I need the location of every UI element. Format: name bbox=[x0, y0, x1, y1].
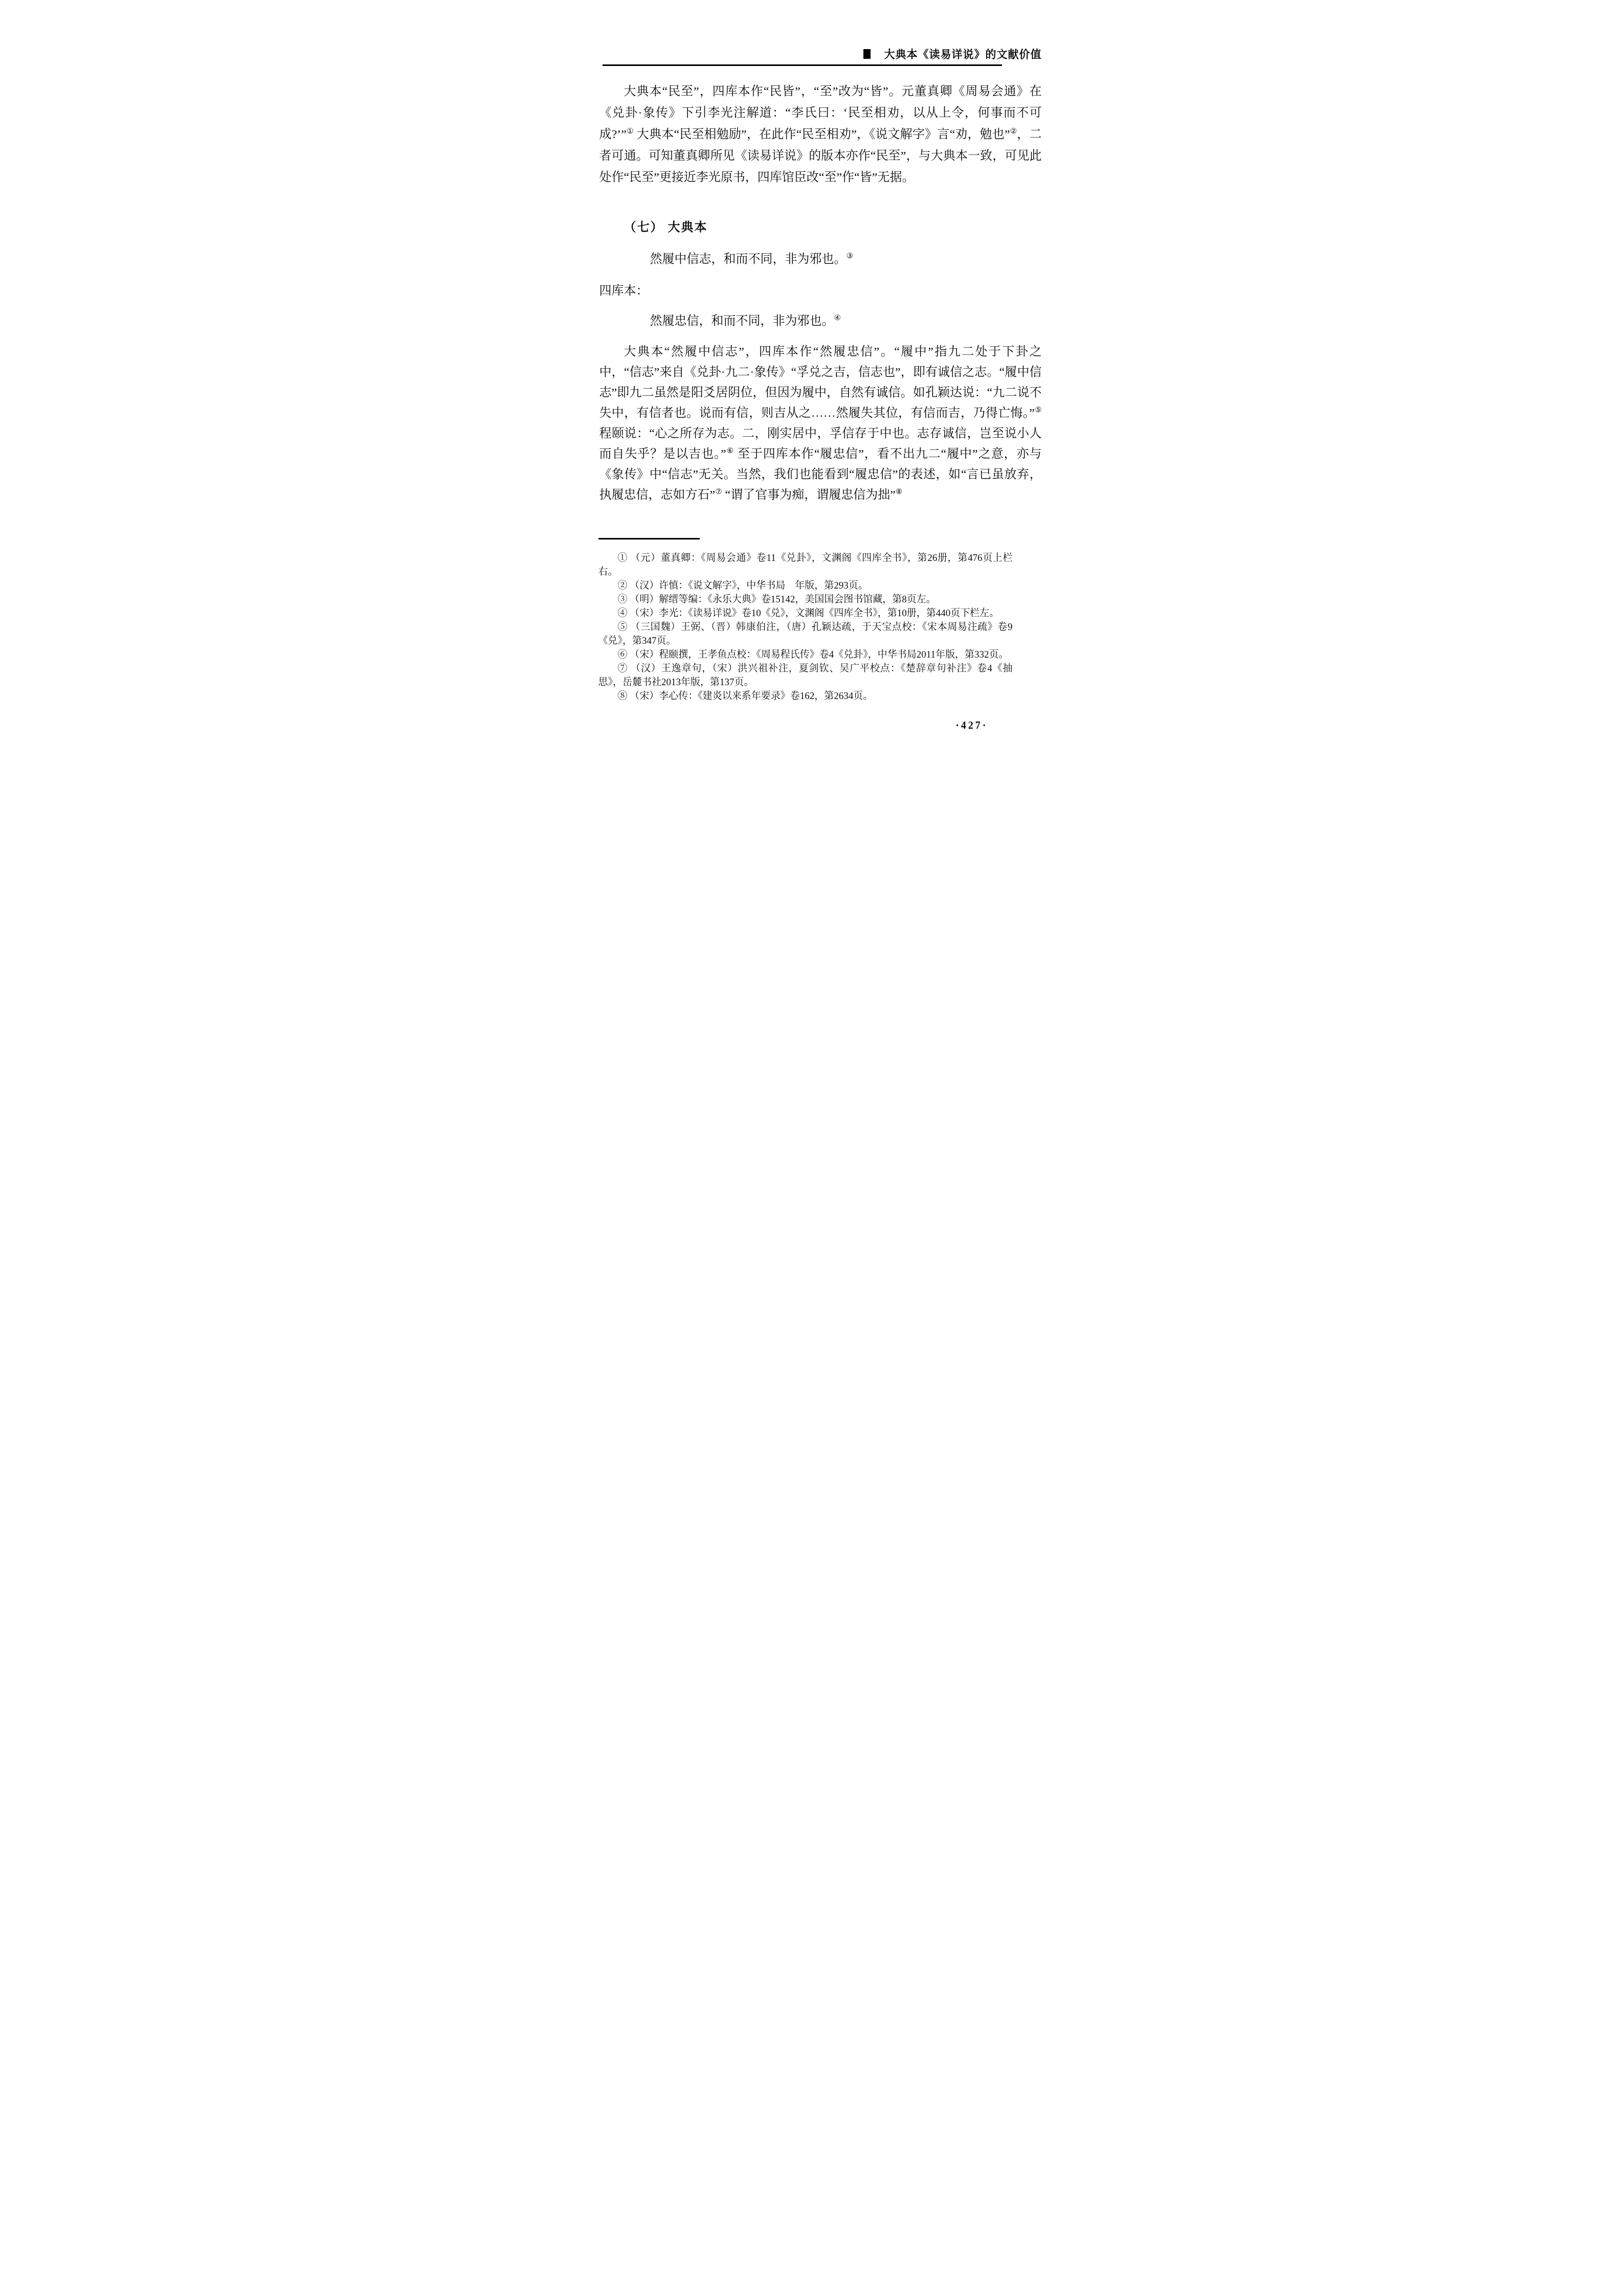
footnote-3: ③ （明）解缙等编：《永乐大典》卷15142，美国国会图书馆藏，第8页左。 bbox=[598, 593, 1013, 606]
quote-dadian-edition: 然履中信志，和而不同，非为邪也。③ bbox=[650, 249, 853, 270]
section-heading: （七） 大典本 bbox=[599, 217, 708, 235]
footnote-2: ② （汉）许慎：《说文解字》，中华书局 年版，第293页。 bbox=[598, 579, 1013, 593]
header-rule bbox=[603, 64, 1002, 66]
paragraph-2: 大典本“然履中信志”，四库本作“然履忠信”。“履中”指九二处于下卦之中，“信志”… bbox=[599, 342, 1042, 505]
footnote-5: ⑤ （三国魏）王弼、（晋）韩康伯注，（唐）孔颖达疏，于天宝点校：《宋本周易注疏》… bbox=[598, 620, 1013, 648]
footnote-1: ① （元）董真卿：《周易会通》卷11《兑卦》，文渊阁《四库全书》，第26册，第4… bbox=[598, 551, 1013, 579]
page-number: ·427· bbox=[955, 720, 988, 732]
running-title: 大典本《读易详说》的文献价值 bbox=[884, 46, 1042, 61]
paragraph-1: 大典本“民至”，四库本作“民皆”，“至”改为“皆”。元董真卿《周易会通》在《兑卦… bbox=[599, 81, 1042, 188]
footnotes-block: ① （元）董真卿：《周易会通》卷11《兑卦》，文渊阁《四库全书》，第26册，第4… bbox=[598, 551, 1013, 703]
footnote-8: ⑧ （宋）李心传：《建炎以来系年要录》卷162，第2634页。 bbox=[598, 689, 1013, 703]
footnote-7: ⑦ （汉）王逸章句，（宋）洪兴祖补注，夏剑钦、吴广平校点：《楚辞章句补注》卷4《… bbox=[598, 662, 1013, 689]
page-header: 大典本《读易详说》的文献价值 bbox=[599, 46, 1042, 61]
header-square-icon bbox=[863, 49, 871, 59]
document-page: 大典本《读易详说》的文献价值 大典本“民至”，四库本作“民皆”，“至”改为“皆”… bbox=[542, 0, 1083, 766]
footnote-separator-rule bbox=[598, 538, 700, 539]
siku-edition-label: 四库本： bbox=[599, 280, 1042, 302]
quote-siku-edition: 然履忠信，和而不同，非为邪也。④ bbox=[650, 310, 841, 332]
footnote-6: ⑥ （宋）程颐撰，王孝鱼点校：《周易程氏传》卷4《兑卦》，中华书局2011年版，… bbox=[598, 648, 1013, 662]
footnote-4: ④ （宋）李光：《读易详说》卷10《兑》，文渊阁《四库全书》，第10册，第440… bbox=[598, 606, 1013, 620]
